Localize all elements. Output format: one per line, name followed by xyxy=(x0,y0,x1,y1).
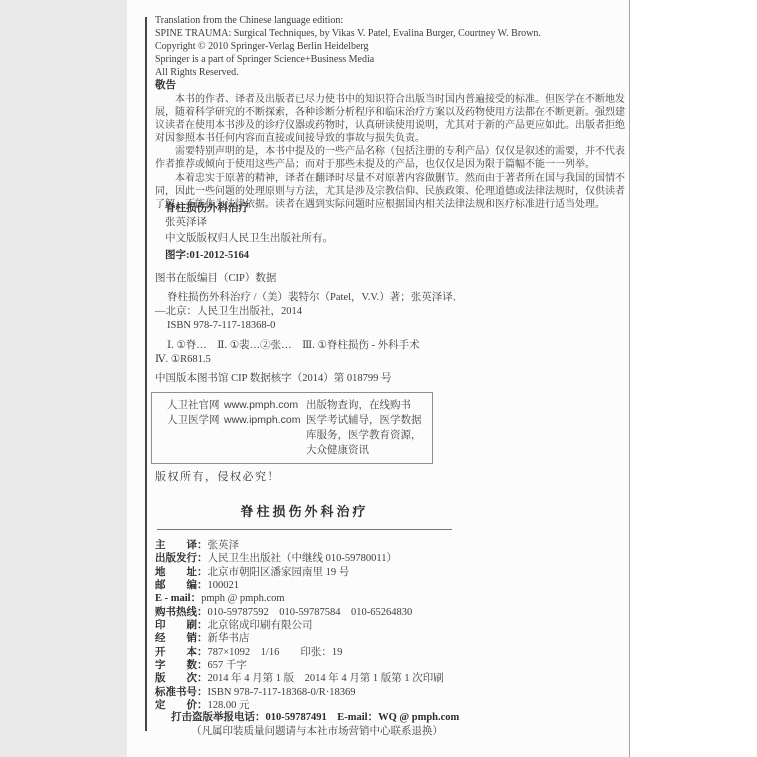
colophon-row: 开 本：787×1092 1/16 印张：19 xyxy=(155,646,625,659)
colophon-label: 地 址： xyxy=(155,566,208,579)
colophon-list: 主 译：张英泽 出版发行：人民卫生出版社（中继线 010-59780011） 地… xyxy=(155,539,625,712)
colophon-value: 人民卫生出版社（中继线 010-59780011） xyxy=(208,553,397,564)
colophon-value: 787×1092 1/16 印张：19 xyxy=(208,647,343,658)
book-title-line: 脊柱损伤外科治疗 xyxy=(165,202,625,216)
scanned-copyright-page: Translation from the Chinese language ed… xyxy=(0,0,757,757)
colophon-label: E - mail： xyxy=(155,592,201,605)
left-rule-line xyxy=(145,17,147,731)
cip-description: 脊柱损伤外科治疗 /（美）裴特尔（Patel，V.V.）著；张英泽译． —北京：… xyxy=(155,291,625,333)
colophon-title-block: 脊柱损伤外科治疗 xyxy=(157,501,452,530)
colophon-row: E - mail：pmph @ pmph.com xyxy=(155,592,625,605)
colophon-label: 印 刷： xyxy=(155,619,208,632)
cip-classification: Ⅰ. ①脊… Ⅱ. ①裴…②张… Ⅲ. ①脊柱损伤 - 外科手术 Ⅳ. ①R68… xyxy=(155,339,625,367)
website-url: www.ipmph.com xyxy=(224,413,306,458)
website-name: 人卫社官网 xyxy=(167,398,224,413)
website-row: 人卫医学网 www.ipmph.com 医学考试辅导，医学数据库服务，医学教育资… xyxy=(152,413,432,458)
colophon-value: ISBN 978-7-117-18368-0/R·18369 xyxy=(208,687,356,698)
quality-notice-line: （凡属印装质量问题请与本社市场营销中心联系退换） xyxy=(191,725,625,738)
classification-line: Ⅰ. ①脊… Ⅱ. ①裴…②张… Ⅲ. ①脊柱损伤 - 外科手术 xyxy=(155,339,625,353)
classification-line: Ⅳ. ①R681.5 xyxy=(155,353,625,367)
copyright-line: Translation from the Chinese language ed… xyxy=(155,14,625,27)
website-services: 医学考试辅导，医学数据库服务，医学教育资源，大众健康资讯 xyxy=(306,413,428,458)
colophon-row: 字 数：657 千字 xyxy=(155,659,625,672)
english-copyright-block: Translation from the Chinese language ed… xyxy=(155,14,625,79)
colophon-value: pmph @ pmph.com xyxy=(201,593,284,604)
copyright-line: SPINE TRAUMA: Surgical Techniques, by Vi… xyxy=(155,27,625,40)
colophon-value: 张英泽 xyxy=(208,540,240,551)
colophon-label: 经 销： xyxy=(155,632,208,645)
colophon-row: 经 销：新华书店 xyxy=(155,632,625,645)
cip-record-number: 中国版本图书馆 CIP 数据核字（2014）第 018799 号 xyxy=(155,372,625,386)
copyright-line: All Rights Reserved. xyxy=(155,66,625,79)
website-name: 人卫医学网 xyxy=(167,413,224,458)
cip-header: 图书在版编目（CIP）数据 xyxy=(155,272,625,286)
rights-warning: 版权所有，侵权必究！ xyxy=(155,468,625,484)
colophon-value: 100021 xyxy=(208,580,240,591)
colophon-row: 邮 编：100021 xyxy=(155,579,625,592)
page-content: Translation from the Chinese language ed… xyxy=(155,0,625,757)
colophon-label: 标准书号： xyxy=(155,686,208,699)
cip-line: —北京：人民卫生出版社，2014 xyxy=(155,305,625,319)
translator-line: 张英泽译 xyxy=(165,216,625,230)
colophon-label: 出版发行： xyxy=(155,552,208,565)
colophon-label: 邮 编： xyxy=(155,579,208,592)
notice-heading: 敬告 xyxy=(155,79,625,92)
website-row: 人卫社官网 www.pmph.com 出版物查询，在线购书 xyxy=(152,398,432,413)
chinese-rights-line: 中文版版权归人民卫生出版社所有。 xyxy=(165,232,625,246)
notice-paragraphs: 本书的作者、译者及出版者已尽力使书中的知识符合出版当时国内普遍接受的标准。但医学… xyxy=(155,93,625,211)
colophon-row: 购书热线：010-59787592 010-59787584 010-65264… xyxy=(155,606,625,619)
colophon-value: 010-59787592 010-59787584 010-65264830 xyxy=(208,607,413,618)
piracy-report-line: 打击盗版举报电话：010-59787491 E-mail：WQ @ pmph.c… xyxy=(171,711,625,724)
cip-isbn-line: ISBN 978-7-117-18368-0 xyxy=(155,319,625,333)
cip-line: 脊柱损伤外科治疗 /（美）裴特尔（Patel，V.V.）著；张英泽译． xyxy=(155,291,625,305)
colophon-value: 2014 年 4 月第 1 版 2014 年 4 月第 1 版第 1 次印刷 xyxy=(208,673,444,684)
notice-paragraph: 需要特别声明的是，本书中提及的一些产品名称（包括注册的专利产品）仅仅是叙述的需要… xyxy=(155,145,625,171)
colophon-row: 印 刷：北京铭成印刷有限公司 xyxy=(155,619,625,632)
colophon-book-title: 脊柱损伤外科治疗 xyxy=(157,501,452,520)
book-page: Translation from the Chinese language ed… xyxy=(127,0,630,757)
publisher-websites-box: 人卫社官网 www.pmph.com 出版物查询，在线购书 人卫医学网 www.… xyxy=(151,392,433,464)
colophon-label: 购书热线： xyxy=(155,606,208,619)
colophon-label: 开 本： xyxy=(155,646,208,659)
website-services: 出版物查询，在线购书 xyxy=(306,398,428,413)
copyright-line: Copyright © 2010 Springer-Verlag Berlin … xyxy=(155,40,625,53)
colophon-value: 新华书店 xyxy=(208,633,250,644)
colophon-value: 128.00 元 xyxy=(208,700,250,711)
colophon-value: 657 千字 xyxy=(208,660,247,671)
copyright-line: Springer is a part of Springer Science+B… xyxy=(155,53,625,66)
colophon-value: 北京市朝阳区潘家园南里 19 号 xyxy=(208,567,350,578)
scan-gutter xyxy=(0,0,128,757)
website-url: www.pmph.com xyxy=(224,398,306,413)
colophon-row: 版 次：2014 年 4 月第 1 版 2014 年 4 月第 1 版第 1 次… xyxy=(155,672,625,685)
colophon-label: 主 译： xyxy=(155,539,208,552)
colophon-row: 主 译：张英泽 xyxy=(155,539,625,552)
translation-info-block: 脊柱损伤外科治疗 张英泽译 中文版版权归人民卫生出版社所有。 图字:01-201… xyxy=(165,202,625,263)
colophon-row: 标准书号：ISBN 978-7-117-18368-0/R·18369 xyxy=(155,686,625,699)
colophon-label: 版 次： xyxy=(155,672,208,685)
colophon-value: 北京铭成印刷有限公司 xyxy=(208,620,313,631)
notice-paragraph: 本书的作者、译者及出版者已尽力使书中的知识符合出版当时国内普遍接受的标准。但医学… xyxy=(155,93,625,145)
colophon-label: 字 数： xyxy=(155,659,208,672)
colophon-row: 出版发行：人民卫生出版社（中继线 010-59780011） xyxy=(155,552,625,565)
registration-number: 图字:01-2012-5164 xyxy=(165,249,625,263)
colophon-row: 地 址：北京市朝阳区潘家园南里 19 号 xyxy=(155,566,625,579)
